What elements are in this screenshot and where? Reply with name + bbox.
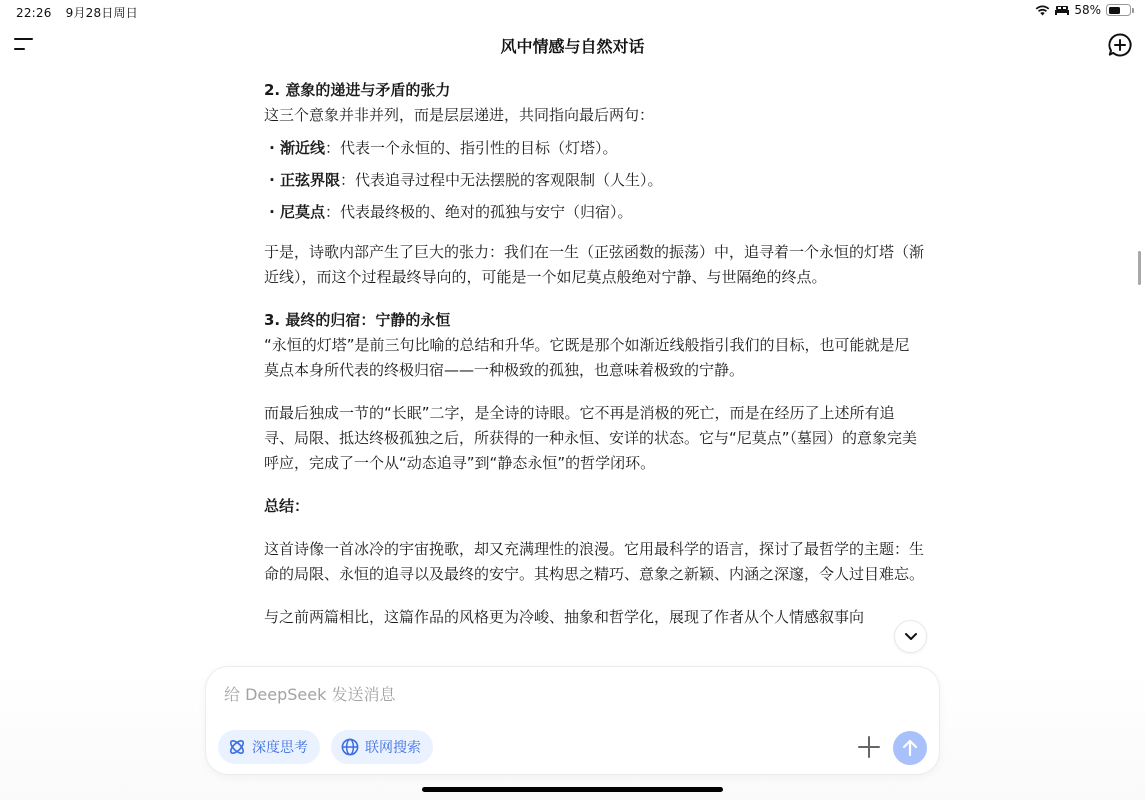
new-chat-icon — [1107, 32, 1133, 58]
plus-icon — [857, 735, 881, 759]
list-item-desc: ：代表追寻过程中无法摆脱的客观限制（人生）。 — [340, 171, 663, 189]
spacer — [264, 128, 924, 136]
new-chat-button[interactable] — [1107, 32, 1133, 58]
message-content: 2. 意象的递进与矛盾的张力 这三个意象并非并列，而是层层递进，共同指向最后两句… — [264, 78, 924, 630]
status-time: 22:26 — [16, 6, 52, 20]
paragraph: 这首诗像一首冰冷的宇宙挽歌，却又充满理性的浪漫。它用最科学的语言，探讨了最哲学的… — [264, 537, 924, 587]
battery-percent: 58% — [1074, 3, 1101, 17]
paragraph-partial: 与之前两篇相比，这篇作品的风格更为冷峻、抽象和哲学化，展现了作者从个人情感叙事向 — [264, 605, 924, 630]
status-right: 58% — [1035, 3, 1131, 17]
list-item: · 尼莫点：代表最终极的、绝对的孤独与安宁（归宿）。 — [264, 200, 924, 225]
bullet-dot: · — [264, 136, 280, 161]
attach-button[interactable] — [857, 735, 881, 759]
spacer — [264, 476, 924, 494]
list-item-desc: ：代表一个永恒的、指引性的目标（灯塔）。 — [325, 139, 618, 157]
list-item: · 渐近线：代表一个永恒的、指引性的目标（灯塔）。 — [264, 136, 924, 161]
list-item: · 正弦界限：代表追寻过程中无法摆脱的客观限制（人生）。 — [264, 168, 924, 193]
spacer — [264, 232, 924, 240]
sleep-focus-icon — [1055, 5, 1069, 15]
status-left: 22:26 9月28日周日 — [16, 4, 148, 21]
scroll-to-bottom-button[interactable] — [894, 620, 927, 653]
list-item-desc: ：代表最终极的、绝对的孤独与安宁（归宿）。 — [325, 203, 633, 221]
spacer — [264, 290, 924, 308]
bullet-dot: · — [264, 200, 280, 225]
paragraph: 这三个意象并非并列，而是层层递进，共同指向最后两句： — [264, 103, 924, 128]
list-item-term: 尼莫点 — [280, 203, 325, 221]
bullet-dot: · — [264, 168, 280, 193]
home-indicator[interactable] — [422, 787, 723, 792]
header: 风中情感与自然对话 — [0, 24, 1145, 68]
battery-icon — [1106, 4, 1131, 16]
list-item-term: 正弦界限 — [280, 171, 340, 189]
paragraph: 于是，诗歌内部产生了巨大的张力：我们在一生（正弦函数的振荡）中，追寻着一个永恒的… — [264, 240, 924, 290]
atom-icon — [228, 738, 246, 756]
web-search-toggle[interactable]: 联网搜索 — [331, 730, 433, 764]
globe-icon — [341, 738, 359, 756]
status-bar: 22:26 9月28日周日 58% — [0, 0, 1145, 24]
summary-heading: 总结： — [264, 494, 924, 519]
spacer — [264, 587, 924, 605]
paragraph: 而最后独成一节的“长眠”二字，是全诗的诗眼。它不再是消极的死亡，而是在经历了上述… — [264, 401, 924, 476]
deep-think-label: 深度思考 — [252, 737, 308, 757]
battery-fill — [1109, 7, 1121, 14]
list-item-text: 尼莫点：代表最终极的、绝对的孤独与安宁（归宿）。 — [280, 200, 633, 225]
spacer — [264, 383, 924, 401]
list-item-text: 正弦界限：代表追寻过程中无法摆脱的客观限制（人生）。 — [280, 168, 663, 193]
scrollbar-thumb[interactable] — [1138, 251, 1141, 285]
conversation-title: 风中情感与自然对话 — [0, 34, 1145, 57]
list-item-term: 渐近线 — [280, 139, 325, 157]
status-date: 9月28日周日 — [66, 6, 138, 20]
send-button[interactable] — [893, 731, 927, 765]
section-heading: 2. 意象的递进与矛盾的张力 — [264, 78, 924, 103]
spacer — [264, 519, 924, 537]
paragraph: “永恒的灯塔”是前三句比喻的总结和升华。它既是那个如渐近线般指引我们的目标，也可… — [264, 333, 924, 383]
list-item-text: 渐近线：代表一个永恒的、指引性的目标（灯塔）。 — [280, 136, 618, 161]
arrow-up-icon — [902, 739, 918, 757]
message-composer: 深度思考 联网搜索 — [206, 667, 939, 774]
chevron-down-icon — [904, 632, 918, 641]
web-search-label: 联网搜索 — [365, 737, 421, 757]
message-input[interactable] — [224, 681, 914, 707]
wifi-icon — [1035, 5, 1050, 16]
section-heading: 3. 最终的归宿：宁静的永恒 — [264, 308, 924, 333]
deep-think-toggle[interactable]: 深度思考 — [218, 730, 320, 764]
